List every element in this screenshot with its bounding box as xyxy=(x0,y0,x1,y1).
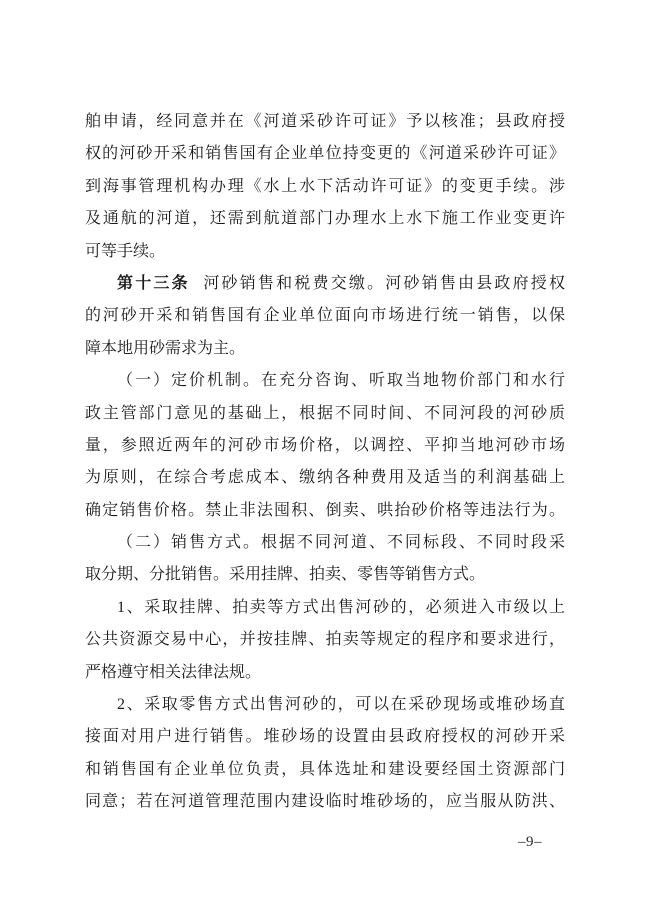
paragraph-sub-item-2: 2、采取零售方式出售河砂的，可以在采砂现场或堆砂场直 接面对用户进行销售。堆砂场… xyxy=(85,689,565,819)
document-body: 舶申请，经同意并在《河道采砂许可证》予以核准；县政府授 权的河砂开采和销售国有企… xyxy=(85,106,565,819)
document-page: 舶申请，经同意并在《河道采砂许可证》予以核准；县政府授 权的河砂开采和销售国有企… xyxy=(0,0,652,923)
text-line: 公共资源交易中心，并按挂牌、拍卖等规定的程序和要求进行， xyxy=(85,624,565,656)
text-line: 到海事管理机构办理《水上水下活动许可证》的变更手续。涉 xyxy=(85,171,565,203)
text-line: 舶申请，经同意并在《河道采砂许可证》予以核准；县政府授 xyxy=(85,106,565,138)
paragraph-item-1-pricing: （一）定价机制。在充分咨询、听取当地物价部门和水行 政主管部门意见的基础上，根据… xyxy=(85,365,565,527)
text-line: 量，参照近两年的河砂市场价格，以调控、平抑当地河砂市场 xyxy=(85,430,565,462)
text-line: 同意；若在河道管理范围内建设临时堆砂场的，应当服从防洪、 xyxy=(85,786,565,818)
text-line: 和销售国有企业单位负责，具体选址和建设要经国土资源部门 xyxy=(85,754,565,786)
text-line: （一）定价机制。在充分咨询、听取当地物价部门和水行 xyxy=(85,365,565,397)
text-line: 政主管部门意见的基础上，根据不同时间、不同河段的河砂质 xyxy=(85,398,565,430)
text-line: 2、采取零售方式出售河砂的，可以在采砂现场或堆砂场直 xyxy=(85,689,565,721)
text-line: 的河砂开采和销售国有企业单位面向市场进行统一销售，以保 xyxy=(85,300,565,332)
paragraph-continuation: 舶申请，经同意并在《河道采砂许可证》予以核准；县政府授 权的河砂开采和销售国有企… xyxy=(85,106,565,268)
text-line: 障本地用砂需求为主。 xyxy=(85,333,565,365)
text-line: 权的河砂开采和销售国有企业单位持变更的《河道采砂许可证》 xyxy=(85,138,565,170)
text-line: 第十三条河砂销售和税费交缴。河砂销售由县政府授权 xyxy=(85,268,565,300)
text-line: 为原则，在综合考虑成本、缴纳各种费用及适当的利润基础上 xyxy=(85,462,565,494)
text-line: 1、采取挂牌、拍卖等方式出售河砂的，必须进入市级以上 xyxy=(85,592,565,624)
paragraph-item-2-sales-method: （二）销售方式。根据不同河道、不同标段、不同时段采 取分期、分批销售。采用挂牌、… xyxy=(85,527,565,592)
article-13-first-line-text: 河砂销售和税费交缴。河砂销售由县政府授权 xyxy=(203,275,565,292)
article-13-heading: 第十三条 xyxy=(117,275,190,292)
text-line: （二）销售方式。根据不同河道、不同标段、不同时段采 xyxy=(85,527,565,559)
text-line: 确定销售价格。禁止非法囤积、倒卖、哄抬砂价格等违法行为。 xyxy=(85,495,565,527)
text-line: 严格遵守相关法律法规。 xyxy=(85,657,565,689)
text-line: 及通航的河道，还需到航道部门办理水上水下施工作业变更许 xyxy=(85,203,565,235)
text-line: 取分期、分批销售。采用挂牌、拍卖、零售等销售方式。 xyxy=(85,559,565,591)
paragraph-article-13: 第十三条河砂销售和税费交缴。河砂销售由县政府授权 的河砂开采和销售国有企业单位面… xyxy=(85,268,565,365)
text-line: 可等手续。 xyxy=(85,236,565,268)
page-number: –9– xyxy=(518,832,568,852)
paragraph-sub-item-1: 1、采取挂牌、拍卖等方式出售河砂的，必须进入市级以上 公共资源交易中心，并按挂牌… xyxy=(85,592,565,689)
text-line: 接面对用户进行销售。堆砂场的设置由县政府授权的河砂开采 xyxy=(85,721,565,753)
